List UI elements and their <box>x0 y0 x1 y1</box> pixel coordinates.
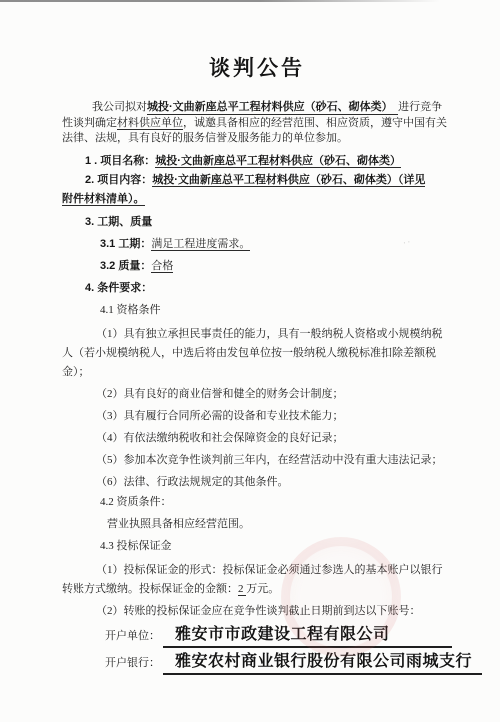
scan-edge-artifact <box>0 0 500 2</box>
page-title: 谈判公告 <box>62 54 452 84</box>
item-label: 3.1 工期： <box>100 238 151 250</box>
bond-amount-value: 2 <box>238 583 246 597</box>
item-label: 2. 项目内容： <box>85 174 152 186</box>
bank-name-label: 开户银行： <box>105 657 160 669</box>
text-segment: （5）参加本次竞争性谈判前三年内，在经营活动中没有重大违法记录； <box>96 454 443 466</box>
text-segment: 人（若小规模纳税人，中选后将由发包单位按一般纳税人缴税标准扣除差额税 <box>62 347 436 359</box>
project-name-emphasis: 城投·文曲新座总平工程材料供应（砂石、砌体类） <box>147 101 398 115</box>
project-content-value-continued: 附件材料清单）。 <box>62 193 145 207</box>
project-name-item: 1 . 项目名称：城投·文曲新座总平工程材料供应（砂石、砌体类） <box>62 152 452 171</box>
text-segment: （4）有依法缴纳税收和社会保障资金的良好记录； <box>96 432 344 444</box>
text-segment: 营业执照具备相应经营范围。 <box>107 518 250 530</box>
text-segment: 金）； <box>62 366 90 378</box>
supplier-emphasis: 材料供应单位 <box>117 117 183 131</box>
text-segment: 转账方式缴纳。投标保证金的金额： <box>62 583 238 595</box>
account-holder-row: 开户单位：雅安市市政建设工程有限公司 <box>62 625 452 648</box>
qualification-clause-4: （4）有依法缴纳税收和社会保障资金的良好记录； <box>62 429 452 448</box>
text-segment: 性谈判确定 <box>62 117 117 129</box>
item-label: 3.2 质量： <box>100 260 151 272</box>
credential-conditions-heading: 4.2 资质条件： <box>62 495 452 509</box>
qualification-clause-6: （6）法律、行政法规规定的其他条件。 <box>62 473 452 492</box>
section-heading: 4. 条件要求： <box>85 282 152 294</box>
text-segment: （1）具有独立承担民事责任的能力，具有一般纳税人资格或小规模纳税 <box>96 328 443 340</box>
account-holder-label: 开户单位： <box>105 630 160 642</box>
section-requirements: 4. 条件要求： <box>62 281 452 295</box>
text-segment: 法律、法规，具有良好的服务信誉及服务能力的单位参加。 <box>62 132 348 144</box>
qualification-clause-3: （3）具有履行合同所必需的设备和专业技术能力； <box>62 407 452 426</box>
scanned-document-page: · · 谈判公告 我公司拟对城投·文曲新座总平工程材料供应（砂石、砌体类） 进行… <box>0 0 500 722</box>
text-segment: （6）法律、行政法规规定的其他条件。 <box>96 476 289 488</box>
quality-item: 3.2 质量：合格 <box>62 259 452 273</box>
subsection-heading: 4.3 投标保证金 <box>100 540 172 552</box>
project-content-value: 城投·文曲新座总平工程材料供应（砂石、砌体类）（详见 <box>152 174 425 188</box>
bank-branch-row: 开户银行：雅安农村商业银行股份有限公司雨城支行 <box>62 652 452 675</box>
qualification-clause-1: （1）具有独立承担民事责任的能力，具有一般纳税人资格或小规模纳税人（若小规模纳税… <box>62 325 452 382</box>
business-license-note: 营业执照具备相应经营范围。 <box>62 517 452 531</box>
red-seal-stamp-artifact <box>281 537 401 657</box>
text-segment: 我公司拟对 <box>92 101 147 113</box>
qualification-clause-5: （5）参加本次竞争性谈判前三年内，在经营活动中没有重大违法记录； <box>62 451 452 470</box>
section-heading: 3. 工期、质量 <box>85 216 152 228</box>
section-duration-quality: 3. 工期、质量 <box>62 215 452 229</box>
text-segment: （2）具有良好的商业信誉和健全的财务会计制度； <box>96 388 344 400</box>
qualification-clause-2: （2）具有良好的商业信誉和健全的财务会计制度； <box>62 385 452 404</box>
text-segment: 万元。 <box>246 583 279 595</box>
bank-name-value: 雅安农村商业银行股份有限公司雨城支行 <box>163 652 482 675</box>
qualification-conditions-heading: 4.1 资格条件 <box>62 303 452 317</box>
text-segment: ，诚邀具备相应的经营范围、相应资质，遵守中国有关 <box>183 117 447 129</box>
intro-paragraph: 我公司拟对城投·文曲新座总平工程材料供应（砂石、砌体类） 进行竞争性谈判确定材料… <box>62 100 452 147</box>
duration-item: 3.1 工期：满足工程进度需求。 <box>62 237 452 251</box>
project-name-value: 城投·文曲新座总平工程材料供应（砂石、砌体类） <box>155 155 401 169</box>
duration-value: 满足工程进度需求。 <box>151 238 250 252</box>
item-label: 1 . 项目名称： <box>85 155 155 167</box>
quality-value: 合格 <box>151 260 173 274</box>
text-segment: （3）具有履行合同所必需的设备和专业技术能力； <box>96 410 344 422</box>
text-segment: 进行竞争 <box>398 101 442 113</box>
subsection-heading: 4.2 资质条件： <box>100 496 172 508</box>
project-content-item: 2. 项目内容：城投·文曲新座总平工程材料供应（砂石、砌体类）（详见附件材料清单… <box>62 171 452 209</box>
bid-bond-heading: 4.3 投标保证金 <box>62 539 452 553</box>
subsection-heading: 4.1 资格条件 <box>100 304 161 316</box>
document-content: 谈判公告 我公司拟对城投·文曲新座总平工程材料供应（砂石、砌体类） 进行竞争性谈… <box>0 54 500 675</box>
pencil-mark-artifact: · · <box>402 237 411 247</box>
